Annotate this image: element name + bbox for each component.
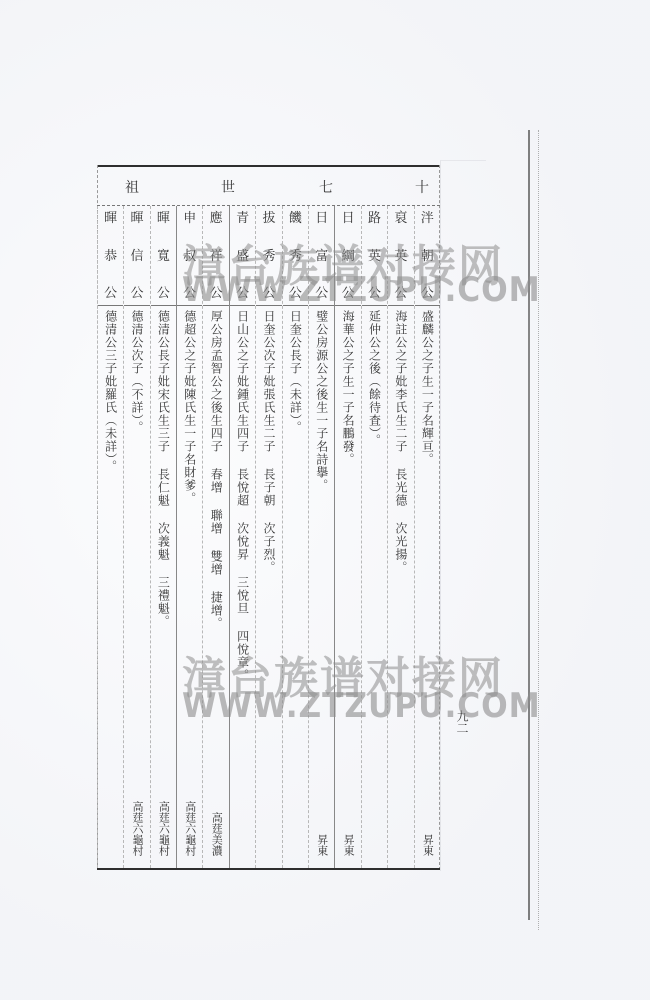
table-bottom-rule	[97, 868, 440, 870]
watermark-url: WWW.ZTZUPU.COM	[182, 270, 541, 310]
ancestor-name-char: 公	[131, 287, 144, 301]
generation-header-char: 七	[319, 177, 333, 197]
ancestor-origin: 昇東	[335, 834, 360, 856]
ancestor-name-char: 青	[236, 212, 249, 226]
ancestor-name-char: 寬	[157, 250, 170, 264]
ancestor-name-char: 日	[315, 212, 328, 226]
ancestor-name: 暉信公	[124, 206, 149, 306]
ancestor-description: 日奎公次子妣張氏生二子 長子朝 次子烈。	[256, 310, 281, 574]
generation-header-char: 十	[415, 177, 429, 197]
ancestor-name: 暉恭公	[98, 206, 123, 306]
ancestor-name-char: 暉	[131, 212, 144, 226]
ancestor-name-char: 公	[157, 287, 170, 301]
ancestor-description: 德清公長子妣宋氏生三子 長仁魁 次義魁 三禮魁。	[151, 310, 176, 628]
ancestor-description: 海註公之子妣李氏生二子 長光德 次光揚。	[388, 310, 413, 574]
ancestor-name-char: 路	[368, 212, 381, 226]
ancestor-description: 海華公之子生一子名鵬發。	[335, 310, 360, 466]
generation-header-char: 世	[221, 177, 235, 197]
ancestor-column: 暉寬公德清公長子妣宋氏生三子 長仁魁 次義魁 三禮魁。高莛六龜村	[150, 206, 176, 868]
generation-header: 十 七 世 祖	[97, 167, 440, 206]
generation-header-char: 祖	[125, 177, 139, 197]
ancestor-column: 暉信公德清公次子（不詳）。高莛六龜村	[123, 206, 149, 868]
ancestor-name-char: 饑	[289, 212, 302, 226]
ancestor-name-char: 申	[183, 212, 196, 226]
ancestor-origin: 昇東	[309, 834, 334, 856]
ancestor-description: 延仲公之後（餘待査）。	[362, 310, 387, 447]
ancestor-origin: 高莛六龜村	[151, 801, 176, 856]
ancestor-description: 日奎公長子（未詳）。	[283, 310, 308, 434]
book-spine-dots	[538, 130, 540, 930]
ancestor-description: 德清公次子（不詳）。	[124, 310, 149, 434]
ancestor-description: 德超公之子妣陳氏生一子名財爹。	[177, 310, 202, 505]
ancestor-name-char: 暉	[157, 212, 170, 226]
ancestor-name-char: 泮	[421, 212, 434, 226]
ancestor-name-char: 暉	[104, 212, 117, 226]
ancestor-description: 璧公房源公之後生一子名詩擧。	[309, 310, 334, 492]
ancestor-origin: 高莛六龜村	[177, 801, 202, 856]
ancestor-description: 日山公之子妣鍾氏生四子 長悅超 次悅昇 三悅旦 四悅章。	[230, 310, 255, 682]
ancestor-name-char: 裒	[394, 212, 407, 226]
ancestor-name: 暉寬公	[151, 206, 176, 306]
ancestor-description: 厚公房孟智公之後生四子 春增 聯增 雙增 捷增。	[203, 310, 228, 630]
ancestor-origin: 高莛美濃	[203, 812, 228, 856]
watermark-url: WWW.ZTZUPU.COM	[182, 686, 541, 726]
ancestor-name-char: 日	[342, 212, 355, 226]
ancestor-name-char: 拔	[262, 212, 275, 226]
ancestor-description: 德清公三子妣羅氏（未詳）。	[98, 310, 123, 473]
ancestor-origin: 昇東	[415, 834, 440, 856]
ancestor-description: 盛麟公之子生一子名輝亘。	[415, 310, 440, 466]
ancestor-name-char: 恭	[104, 250, 117, 264]
ancestor-origin: 高莛六龜村	[124, 801, 149, 856]
ancestor-name-char: 應	[210, 212, 223, 226]
ancestor-name-char: 公	[104, 287, 117, 301]
book-spine-edge	[528, 130, 530, 920]
ancestor-name-char: 信	[131, 250, 144, 264]
ancestor-column: 暉恭公德清公三子妣羅氏（未詳）。	[97, 206, 123, 868]
